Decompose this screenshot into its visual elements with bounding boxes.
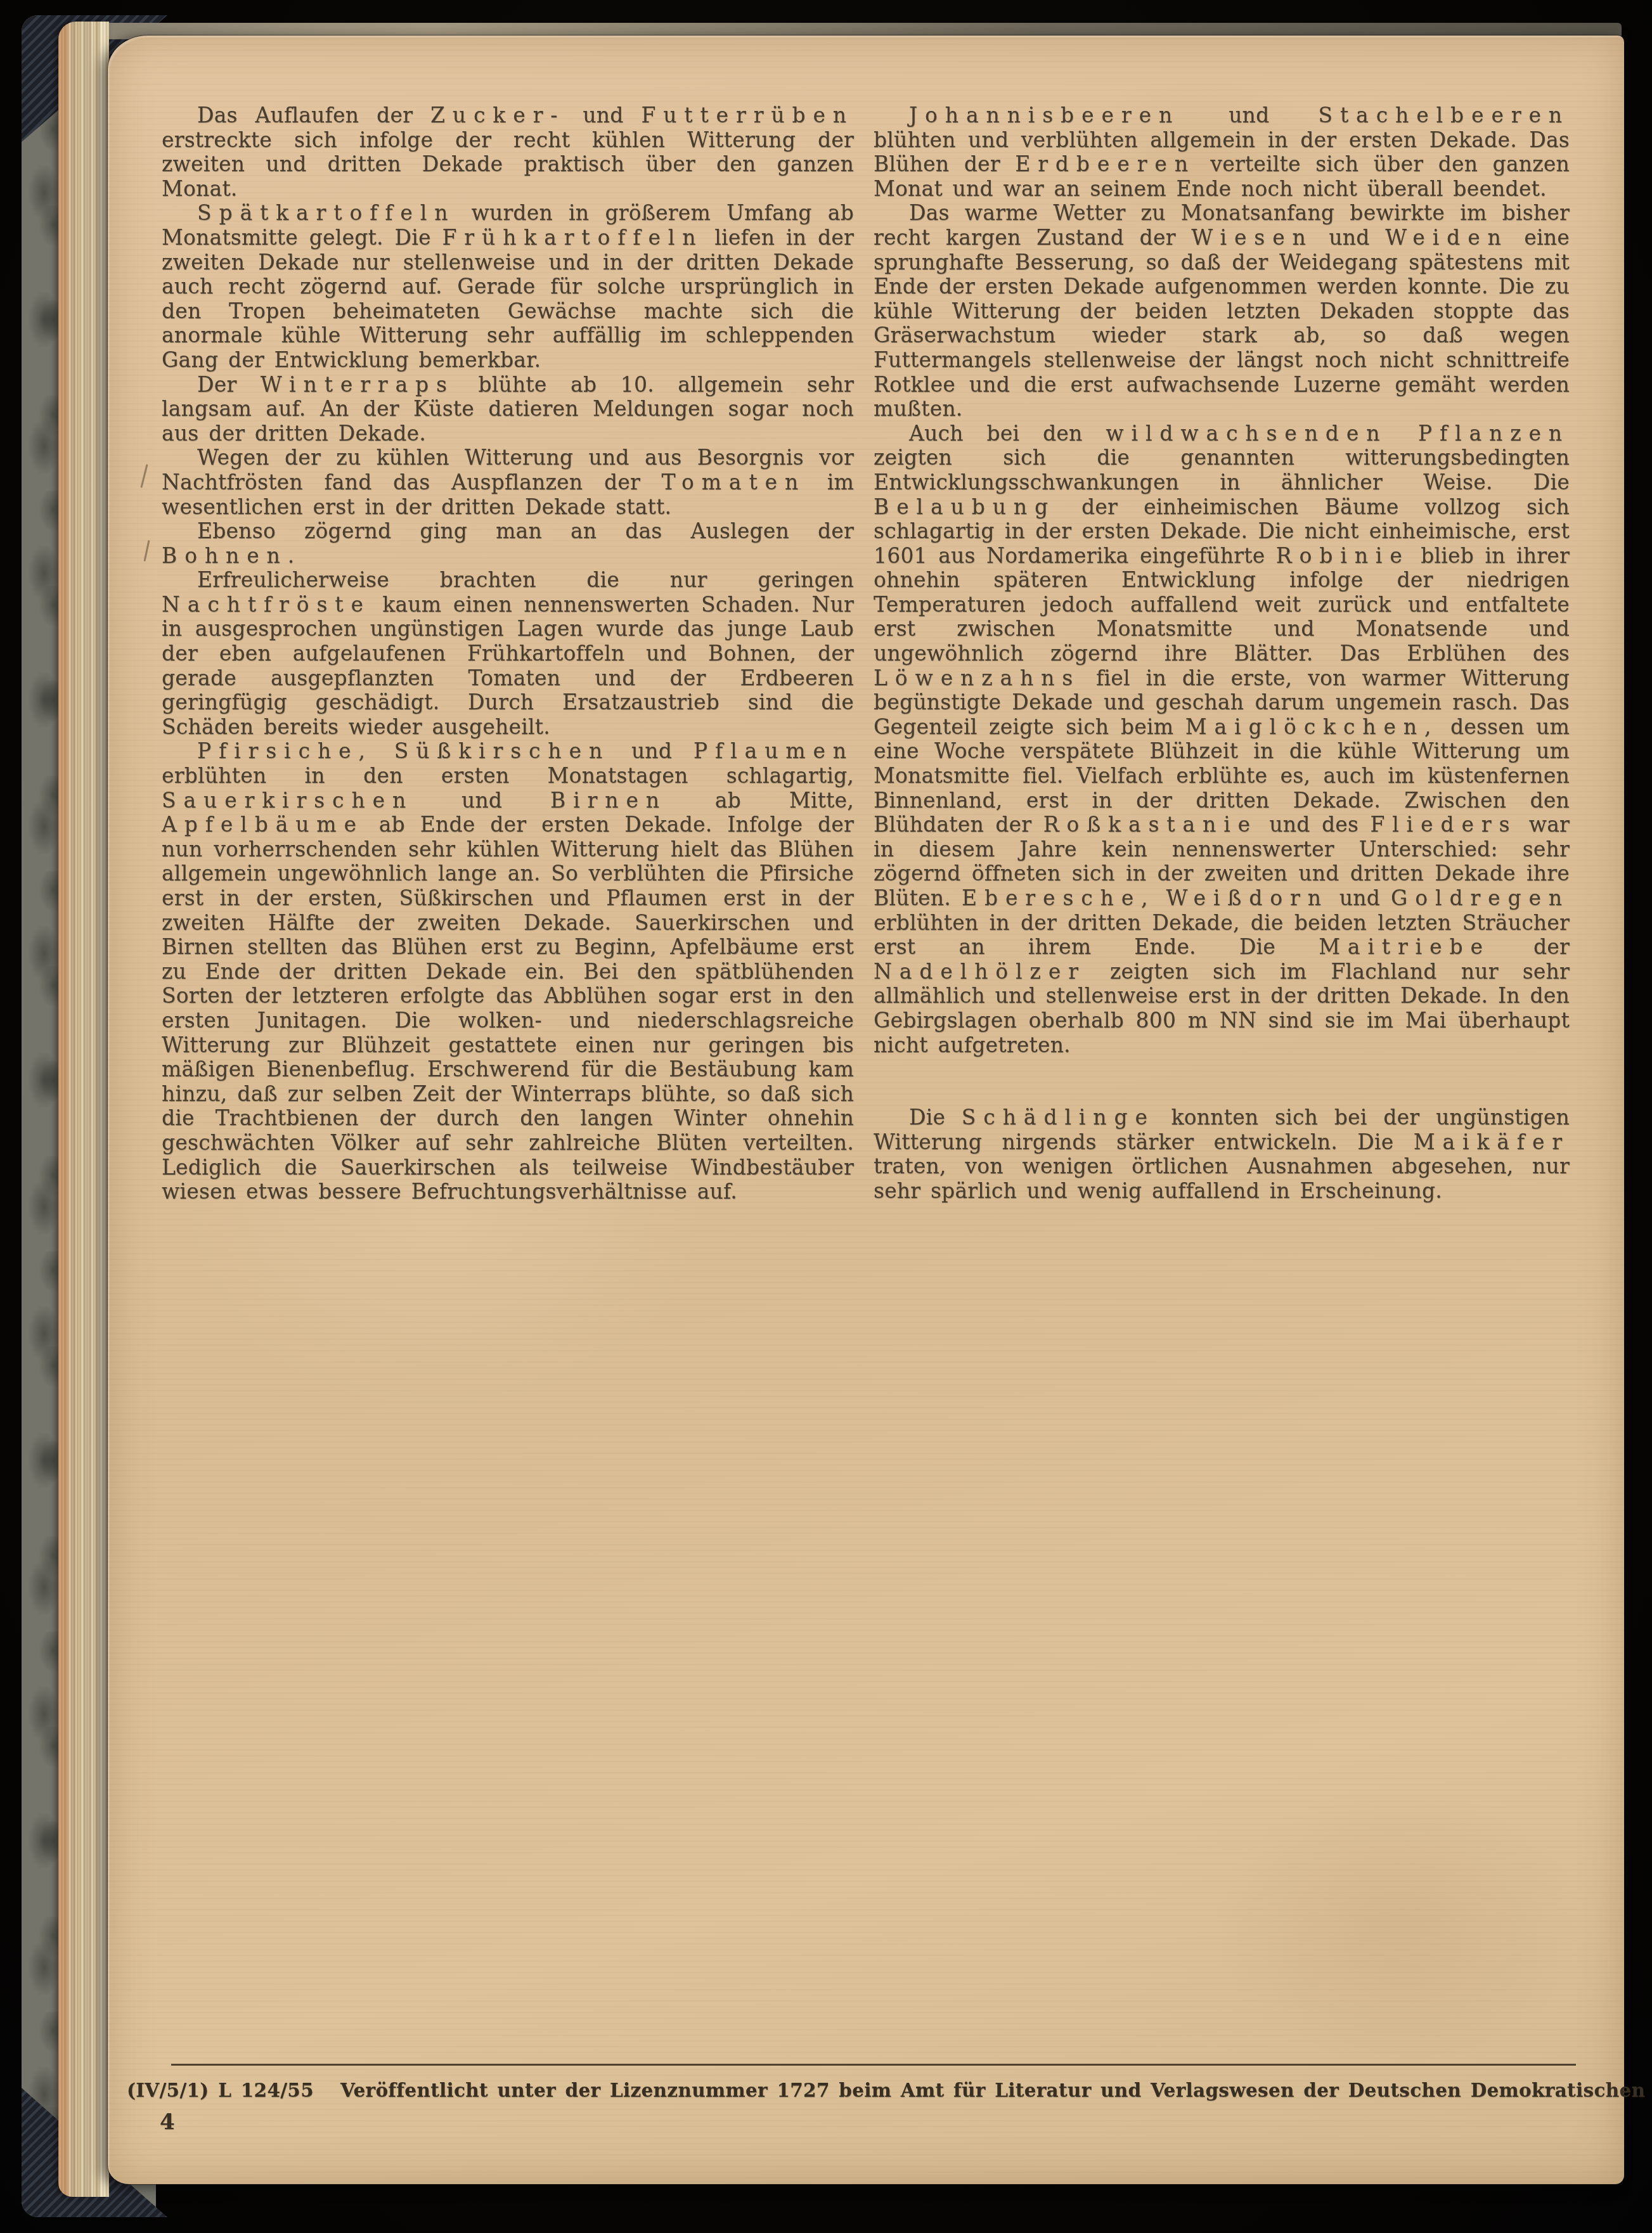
- letterspaced-term: Nachtfröste: [162, 592, 371, 617]
- text-run: und: [565, 103, 641, 127]
- letterspaced-term: Robinie: [1276, 543, 1410, 568]
- letterspaced-term: Stachelbeeren: [1318, 103, 1570, 127]
- text-run: Der: [197, 372, 261, 397]
- letterspaced-term: Weißdorn: [1166, 885, 1328, 910]
- letterspaced-term: Frühkartoffeln: [442, 225, 704, 250]
- paragraph: Ebenso zögernd ging man an das Auslegen …: [162, 519, 854, 568]
- text-run: Auch bei den: [909, 421, 1106, 446]
- paragraph: Wegen der zu kühlen Witterung und aus Be…: [162, 446, 854, 519]
- book-page: Das Auflaufen der Zucker- und Futterrübe…: [108, 35, 1624, 2184]
- text-run: und: [413, 788, 550, 813]
- text-run: erstreckte sich infolge der recht kühlen…: [162, 127, 854, 201]
- stray-mark: [140, 464, 148, 488]
- paragraph: Das Auflaufen der Zucker- und Futterrübe…: [162, 103, 854, 201]
- text-column-right: Johannisbeeren und Stachelbeeren blühten…: [874, 103, 1570, 1204]
- letterspaced-term: Zucker-: [430, 103, 565, 127]
- letterspaced-term: Nadelhölzer: [874, 959, 1086, 984]
- letterspaced-term: Belaubung: [874, 494, 1055, 519]
- letterspaced-term: Winterraps: [261, 372, 455, 397]
- text-run: Erfreulicherweise brachten die nur gerin…: [197, 567, 854, 592]
- license-note: Veröffentlicht unter der Lizenznummer 17…: [340, 2079, 1652, 2101]
- text-column-left: Das Auflaufen der Zucker- und Futterrübe…: [162, 103, 854, 1204]
- paragraph: Johannisbeeren und Stachelbeeren blühten…: [874, 103, 1570, 201]
- text-run: ab Ende der ersten Dekade. Infolge der n…: [162, 812, 854, 1204]
- letterspaced-term: Bohnen.: [162, 543, 302, 568]
- letterspaced-term: Löwenzahns: [874, 666, 1080, 690]
- letterspaced-term: Tomaten: [662, 470, 806, 494]
- page-edges-stack: [58, 22, 109, 2197]
- letterspaced-term: Eberesche,: [962, 885, 1156, 910]
- paragraph: Pfirsiche, Süßkirschen und Pflaumen erbl…: [162, 739, 854, 1204]
- paragraph: Die Schädlinge konnten sich bei der ungü…: [874, 1105, 1570, 1203]
- paragraph: Erfreulicherweise brachten die nur gerin…: [162, 568, 854, 739]
- letterspaced-term: Süßkirschen: [394, 738, 610, 763]
- letterspaced-term: Erdbeeren: [1015, 151, 1196, 176]
- text-run: und: [1180, 103, 1318, 127]
- letterspaced-term: Weiden: [1385, 225, 1509, 250]
- text-run: und: [610, 738, 694, 763]
- text-run: [1155, 885, 1166, 910]
- letterspaced-term: Apfelbäume: [162, 812, 364, 837]
- text-run: erblühten in den ersten Monatstagen schl…: [162, 763, 854, 788]
- letterspaced-term: Wiesen: [1191, 225, 1313, 250]
- text-run: eine sprunghafte Besserung, so daß der W…: [874, 225, 1570, 421]
- paragraph: Der Winterraps blühte ab 10. allgemein s…: [162, 373, 854, 446]
- letterspaced-term: Maiglöckchen,: [1185, 714, 1439, 739]
- text-run: und: [1329, 885, 1391, 910]
- text-run: Das Auflaufen der: [197, 103, 430, 127]
- paragraph: Auch bei den wildwachsenden Pflanzen zei…: [874, 422, 1570, 1057]
- letterspaced-term: Birnen: [550, 788, 667, 813]
- text-run: traten, von wenigen örtlichen Ausnahmen …: [874, 1154, 1570, 1203]
- text-run: ab Mitte,: [667, 788, 854, 813]
- page-number: 4: [160, 2109, 175, 2135]
- letterspaced-term: Roßkastanie: [1043, 812, 1258, 837]
- text-run: Ebenso zögernd ging man an das Auslegen …: [197, 518, 854, 543]
- text-run: und des: [1258, 812, 1370, 837]
- letterspaced-term: Pfirsiche,: [197, 738, 373, 763]
- letterspaced-term: Flieders: [1370, 812, 1517, 837]
- text-run: [373, 738, 394, 763]
- paragraph: Das warme Wetter zu Monatsanfang bewirkt…: [874, 201, 1570, 421]
- letterspaced-term: Pflaumen: [694, 738, 854, 763]
- print-code: (IV/5/1) L 124/55: [127, 2079, 314, 2101]
- letterspaced-term: Johannisbeeren: [909, 103, 1180, 127]
- letterspaced-term: Goldregen: [1391, 885, 1570, 910]
- text-run: und: [1313, 225, 1386, 250]
- letterspaced-term: Maikäfer: [1414, 1129, 1570, 1154]
- letterspaced-term: Maitriebe: [1319, 934, 1490, 959]
- footer-rule: [171, 2064, 1576, 2066]
- text-run: Die: [909, 1105, 962, 1129]
- text-run: der: [1490, 934, 1570, 959]
- text-run: zeigten sich die genannten witterungsbed…: [874, 445, 1570, 494]
- letterspaced-term: Schädlinge: [962, 1105, 1155, 1129]
- paragraph: Spätkartoffeln wurden in größerem Umfang…: [162, 201, 854, 372]
- license-colophon: (IV/5/1) L 124/55Veröffentlicht unter de…: [127, 2079, 1604, 2101]
- letterspaced-term: Spätkartoffeln: [197, 200, 455, 225]
- letterspaced-term: Futterrüben: [641, 103, 854, 127]
- letterspaced-term: Sauerkirschen: [162, 788, 413, 813]
- letterspaced-term: wildwachsenden Pflanzen: [1106, 421, 1570, 446]
- stray-mark: [143, 540, 150, 562]
